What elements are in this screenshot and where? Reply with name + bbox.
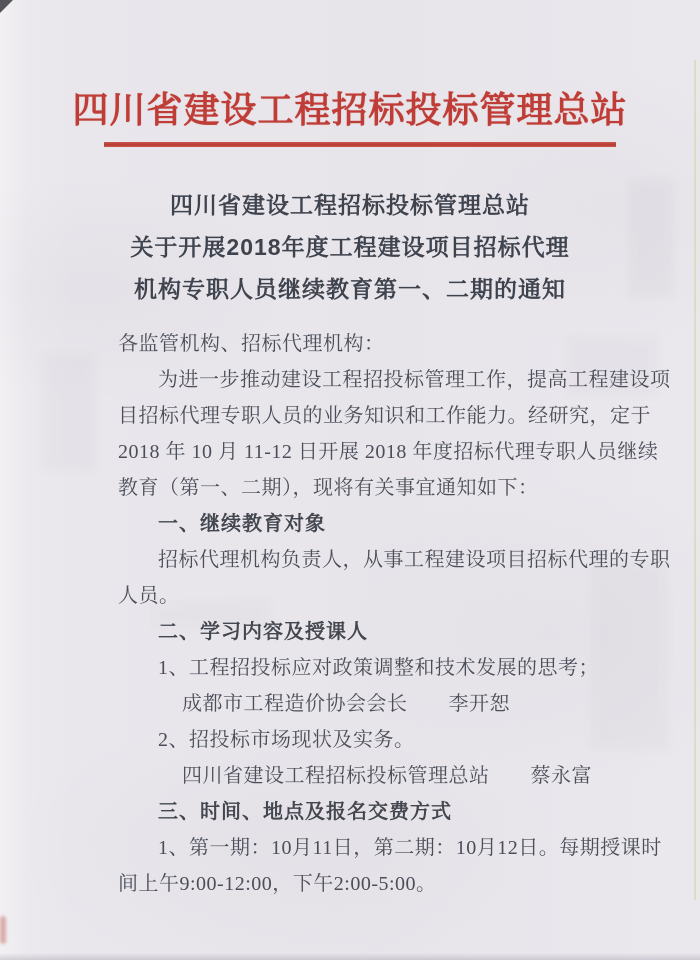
body-line-speaker: 四川省建设工程招标投标管理总站 蔡永富 xyxy=(118,758,618,794)
scan-smudge-artifact xyxy=(0,916,6,944)
body-line-list-item: 1、工程招投标应对政策调整和技术发展的思考； xyxy=(118,650,618,686)
scanned-notice-document: { "page": { "colors": { "accent_red": "#… xyxy=(0,0,700,960)
body-line: 2018 年 10 月 11-12 日开展 2018 年度招标代理专职人员继续 xyxy=(118,434,618,470)
body-line: 招标代理机构负责人，从事工程建设项目招标代理的专职 xyxy=(118,542,618,578)
body-line: 间上午9:00-12:00，下午2:00-5:00。 xyxy=(118,866,618,902)
section-heading-3: 三、时间、地点及报名交费方式 xyxy=(118,794,618,830)
section-heading-2: 二、学习内容及授课人 xyxy=(118,614,618,650)
document-title-line: 机构专职人员继续教育第一、二期的通知 xyxy=(0,268,700,310)
body-line: 目招标代理专职人员的业务知识和工作能力。经研究，定于 xyxy=(118,398,618,434)
document-title: 四川省建设工程招标投标管理总站 关于开展2018年度工程建设项目招标代理 机构专… xyxy=(0,184,700,310)
body-line-salutation: 各监管机构、招标代理机构： xyxy=(118,326,618,362)
page-bottom-shadow xyxy=(0,953,700,960)
document-body: 各监管机构、招标代理机构： 为进一步推动建设工程招投标管理工作，提高工程建设项 … xyxy=(118,326,618,902)
body-line: 教育（第一、二期），现将有关事宜通知如下： xyxy=(118,470,618,506)
letterhead-red-divider xyxy=(104,142,616,147)
body-line: 为进一步推动建设工程招投标管理工作，提高工程建设项 xyxy=(118,362,618,398)
body-line-list-item: 2、招投标市场现状及实务。 xyxy=(118,722,618,758)
document-title-line: 关于开展2018年度工程建设项目招标代理 xyxy=(0,226,700,268)
document-title-line: 四川省建设工程招标投标管理总站 xyxy=(0,184,700,226)
body-line-list-item: 1、第一期：10月11日，第二期：10月12日。每期授课时 xyxy=(118,830,618,866)
scan-corner-artifact xyxy=(0,0,13,13)
bleed-through-artifact xyxy=(40,352,96,472)
letterhead-org-name: 四川省建设工程招标投标管理总站 xyxy=(0,82,700,133)
body-line-speaker: 成都市工程造价协会会长 李开恕 xyxy=(118,686,618,722)
body-line: 人员。 xyxy=(118,578,618,614)
section-heading-1: 一、继续教育对象 xyxy=(118,506,618,542)
